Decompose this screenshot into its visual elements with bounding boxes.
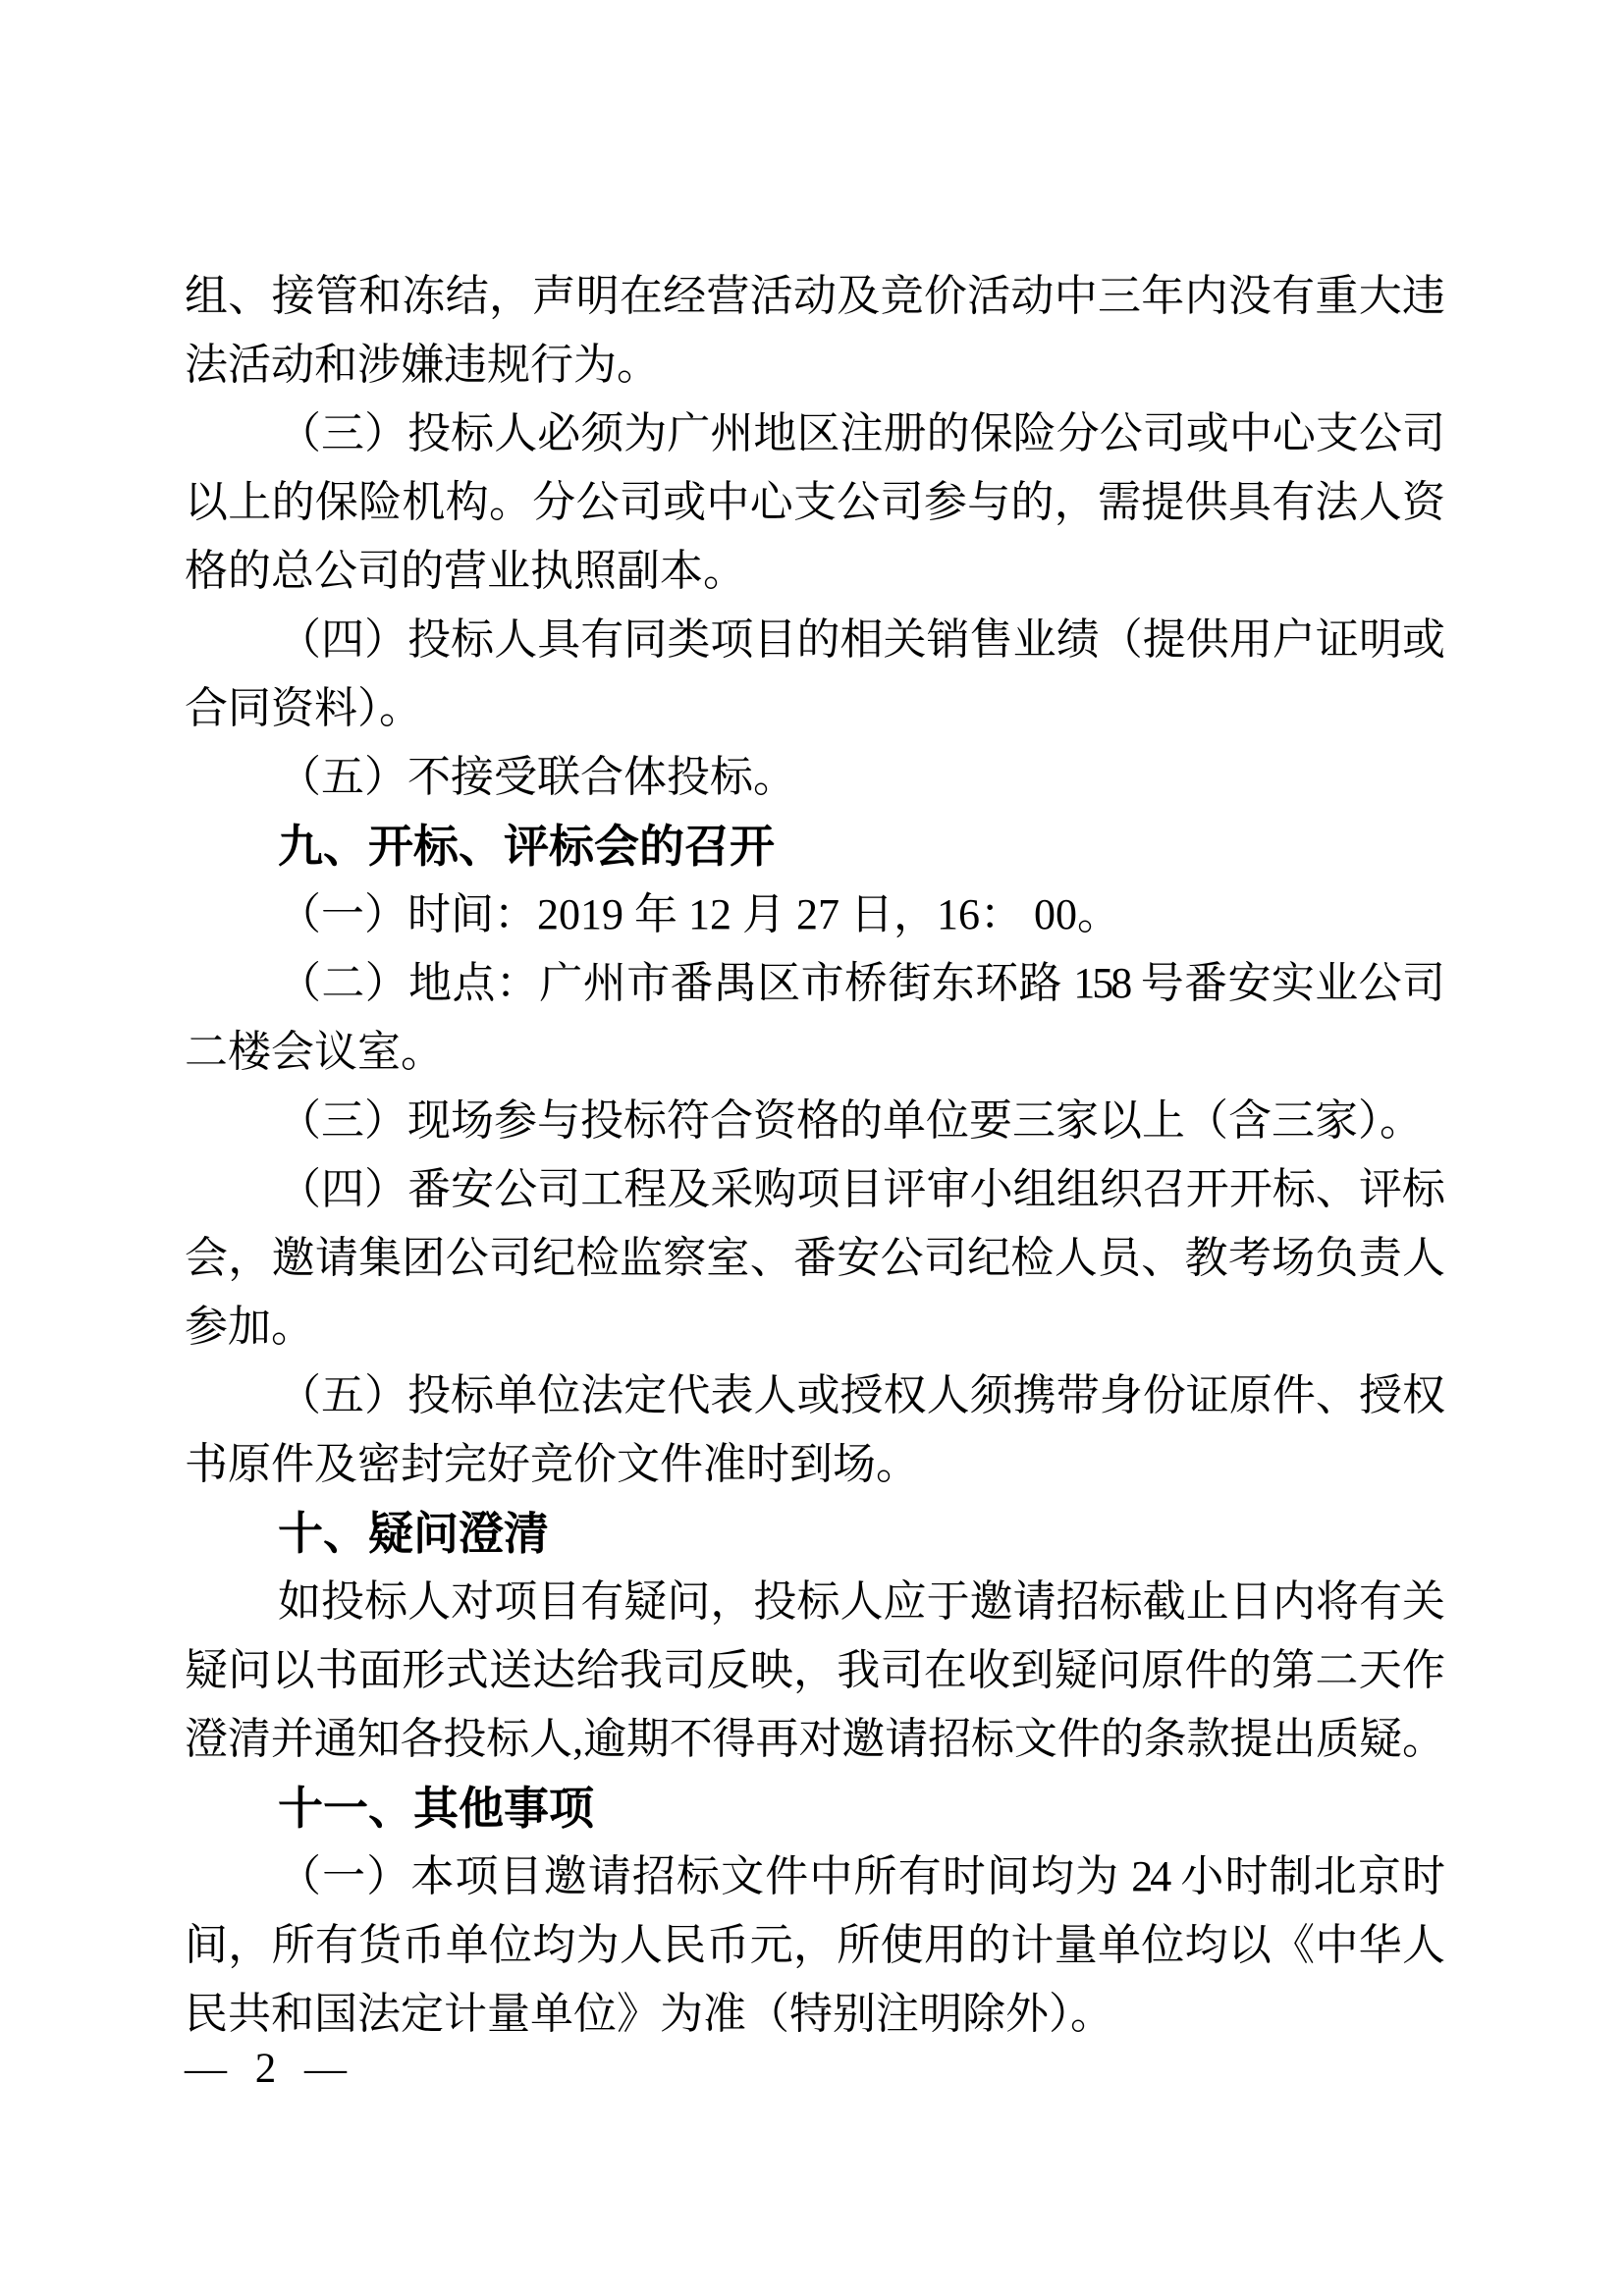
text-line: 间，所有货币单位均为人民币元，所使用的计量单位均以《中华人 (185, 1911, 1442, 1980)
text-line: （一）本项目邀请招标文件中所有时间均为 24 小时制北京时 (185, 1842, 1442, 1911)
text-line: 澄清并通知各投标人,逾期不得再对邀请招标文件的条款提出质疑。 (185, 1705, 1442, 1774)
text-line: （五）投标单位法定代表人或授权人须携带身份证原件、授权 (185, 1362, 1442, 1430)
text-line: （四）投标人具有同类项目的相关销售业绩（提供用户证明或 (185, 606, 1442, 674)
text-line: （三）现场参与投标符合资格的单位要三家以上（含三家）。 (185, 1087, 1442, 1155)
text-line: 会，邀请集团公司纪检监察室、番安公司纪检人员、教考场负责人 (185, 1224, 1442, 1293)
text-line: （三）投标人必须为广州地区注册的保险分公司或中心支公司 (185, 400, 1442, 468)
text-line: 如投标人对项目有疑问，投标人应于邀请招标截止日内将有关 (185, 1568, 1442, 1636)
text-line: 参加。 (185, 1293, 1442, 1362)
text-line: 书原件及密封完好竞价文件准时到场。 (185, 1430, 1442, 1499)
text-line: 法活动和涉嫌违规行为。 (185, 331, 1442, 400)
text-line: 二楼会议室。 (185, 1018, 1442, 1087)
text-line: 民共和国法定计量单位》为准（特别注明除外）。 (185, 1980, 1442, 2049)
text-line: （一）时间：2019 年 12 月 27 日，16： 00。 (185, 881, 1442, 949)
text-line: （五）不接受联合体投标。 (185, 743, 1442, 812)
text-line: 疑问以书面形式送达给我司反映，我司在收到疑问原件的第二天作 (185, 1636, 1442, 1705)
text-line: 格的总公司的营业执照副本。 (185, 537, 1442, 606)
document-body: 组、接管和冻结，声明在经营活动及竞价活动中三年内没有重大违法活动和涉嫌违规行为。… (185, 262, 1442, 2049)
page-number: — 2 — (185, 2045, 349, 2094)
text-line: 组、接管和冻结，声明在经营活动及竞价活动中三年内没有重大违 (185, 262, 1442, 331)
text-line: 以上的保险机构。分公司或中心支公司参与的，需提供具有法人资 (185, 468, 1442, 537)
section-heading: 十、疑问澄清 (185, 1499, 1442, 1568)
section-heading: 九、开标、评标会的召开 (185, 812, 1442, 881)
section-heading: 十一、其他事项 (185, 1774, 1442, 1842)
text-line: （二）地点：广州市番禺区市桥街东环路 158 号番安实业公司 (185, 949, 1442, 1018)
text-line: 合同资料）。 (185, 674, 1442, 743)
document-page: 组、接管和冻结，声明在经营活动及竞价活动中三年内没有重大违法活动和涉嫌违规行为。… (0, 0, 1624, 2296)
text-line: （四）番安公司工程及采购项目评审小组组织召开开标、评标 (185, 1155, 1442, 1224)
